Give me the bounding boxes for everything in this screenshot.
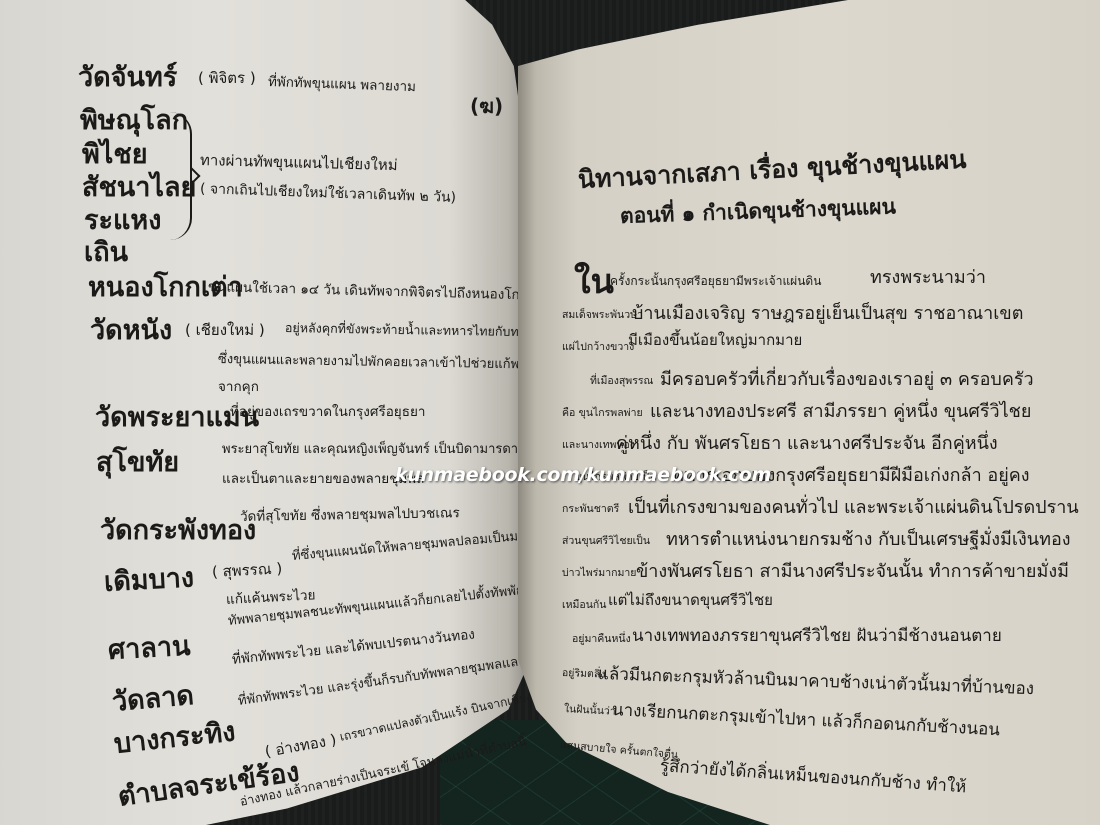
line-body: มีครอบครัวที่เกี่ยวกับเรื่องของเราอยู่ ๓… bbox=[660, 364, 1034, 393]
line-start: สมเด็จพระพันวษา bbox=[562, 306, 643, 323]
watermark: kunmaebook.com/kunmaebook.com bbox=[395, 464, 771, 486]
line-start: ที่เมืองสุพรรณ bbox=[590, 372, 653, 389]
entry-term: วัดจันทร์ bbox=[78, 55, 177, 98]
line-body: ข้างพันศรโยธา สามีนางศรีประจันนั้น ทำการ… bbox=[636, 556, 1069, 585]
line-body: เป็นที่เกรงขามของคนทั่วไป และพระเจ้าแผ่น… bbox=[628, 492, 1079, 521]
entry-term: วัดหนัง bbox=[90, 308, 172, 351]
brace-desc: ทางผ่านทัพขุนแผนไปเชียงใหม่ bbox=[200, 148, 398, 177]
line-body: และนางทองประศรี สามีภรรยา คู่หนึ่ง ขุนศร… bbox=[650, 396, 1031, 425]
line-start: ส่วนขุนศรีวิไชยเป็น bbox=[562, 532, 650, 549]
line-body: แต่ไม่ถึงขนาดขุนศรีวิไชย bbox=[608, 588, 773, 612]
line-start: เหมือนกัน bbox=[562, 596, 606, 613]
entry-term: สุโขทัย bbox=[96, 440, 179, 483]
line-start: บ่าวไพร่มากมาย bbox=[562, 564, 636, 581]
drop-cap: ใน bbox=[574, 254, 614, 308]
entry-term: วัดกระพังทอง bbox=[100, 508, 256, 551]
line-body: ทหารตำแหน่งนายกรมช้าง กับเป็นเศรษฐีมั่งม… bbox=[666, 524, 1071, 553]
entry-paren: ( สุพรรณ ) bbox=[211, 556, 282, 584]
line-start: อยู่มาคืนหนึ่ง bbox=[572, 630, 631, 647]
line-start: ในฝันนั้นว่า bbox=[564, 700, 617, 720]
page-number: (ฆ) bbox=[470, 90, 503, 122]
line-start: แผ่ไปกว้างขวาง bbox=[562, 338, 634, 355]
line-body: ทรงพระนามว่า bbox=[870, 262, 986, 291]
entry-desc: ที่อยู่ของเถรขวาดในกรุงศรีอยุธยา bbox=[230, 400, 425, 422]
entry-desc: วัดที่สุโขทัย ซึ่งพลายชุมพลไปบวชเณร bbox=[240, 501, 460, 527]
entry-paren: ( พิจิตร ) bbox=[198, 66, 256, 90]
entry-paren: ( เชียงใหม่ ) bbox=[185, 318, 265, 342]
line-start: ครั้งกระนั้นกรุงศรีอยุธยามีพระเจ้าแผ่นดิ… bbox=[610, 272, 821, 291]
entry-term: เดิมบาง bbox=[103, 555, 195, 603]
line-body: บ้านเมืองเจริญ ราษฎรอยู่เย็นเป็นสุข ราชอ… bbox=[632, 298, 1023, 327]
line-start: คือ ขุนไกรพลพ่าย bbox=[562, 404, 643, 421]
entry-desc: จากคุก bbox=[218, 375, 259, 397]
line-body: มีเมืองขึ้นน้อยใหญ่มากมาย bbox=[628, 328, 802, 352]
line-body: คู่หนึ่ง กับ พันศรโยธา และนางศรีประจัน อ… bbox=[616, 428, 998, 457]
line-start: กระพันชาตรี bbox=[562, 500, 619, 517]
entry-term: ศาลาน bbox=[107, 624, 192, 671]
line-body: นางเทพทองภรรยาขุนศรีวิไชย ฝันว่ามีช้างนอ… bbox=[632, 622, 1002, 649]
